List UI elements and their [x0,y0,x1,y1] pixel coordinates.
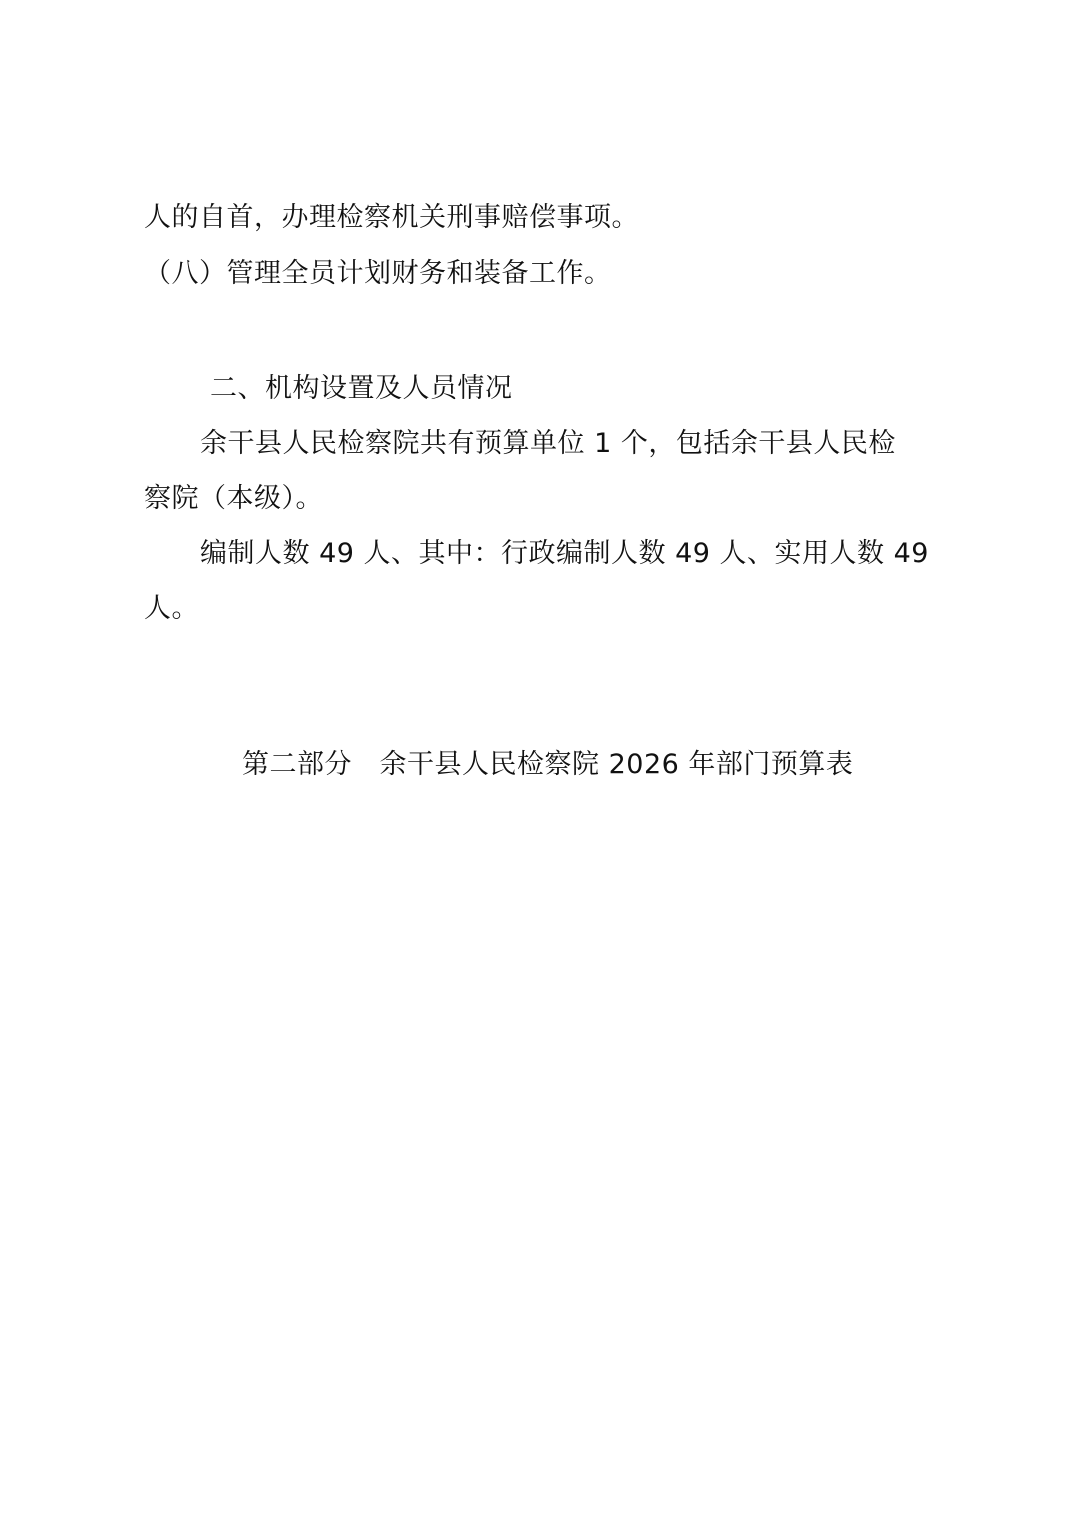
section-title-part-two: 第二部分 余干县人民检察院 2026 年部门预算表 [242,747,853,783]
paragraph-duty-8: （八）管理全员计划财务和装备工作。 [144,256,612,292]
paragraph-staffing: 编制人数 49 人、其中：行政编制人数 49 人、实用人数 49 [200,536,929,572]
heading-organization: 二、机构设置及人员情况 [210,371,513,407]
paragraph-budget-units-cont: 察院（本级）。 [144,481,323,517]
paragraph-budget-units: 余干县人民检察院共有预算单位 1 个，包括余干县人民检 [200,426,896,462]
paragraph-duty-continuation: 人的自首，办理检察机关刑事赔偿事项。 [144,200,639,236]
paragraph-staffing-cont: 人。 [144,591,199,627]
